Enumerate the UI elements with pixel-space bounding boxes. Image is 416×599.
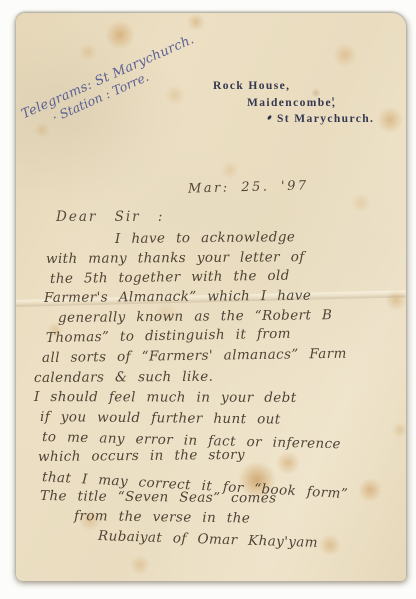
date-line: Mar: 25. '97 [188, 178, 309, 196]
handwritten-line: I should feel much in your debt [34, 389, 404, 410]
handwritten-line: if you would further hunt out [40, 409, 404, 433]
ink-speck [332, 97, 334, 101]
salutation: Dear Sir : [56, 209, 164, 225]
letter-body: I have to acknowledge with many thanks y… [16, 231, 404, 548]
photo-background: Telegrams: St Marychurch. · Station : To… [0, 0, 416, 599]
letterhead-address-line1: Rock House, [213, 80, 290, 92]
letterhead-address-line3: St Marychurch. [277, 113, 374, 125]
handwritten-line: I have to acknowledge [115, 228, 404, 251]
handwritten-line: all sorts of “Farmers' almanacs” Farm [42, 345, 404, 370]
letter-paper: Telegrams: St Marychurch. · Station : To… [16, 13, 406, 581]
handwritten-line: which occurs in the story [38, 445, 404, 469]
handwritten-line: calendars & such like. [34, 367, 404, 389]
letterhead-address-line2: Maidencombe, [247, 97, 336, 109]
